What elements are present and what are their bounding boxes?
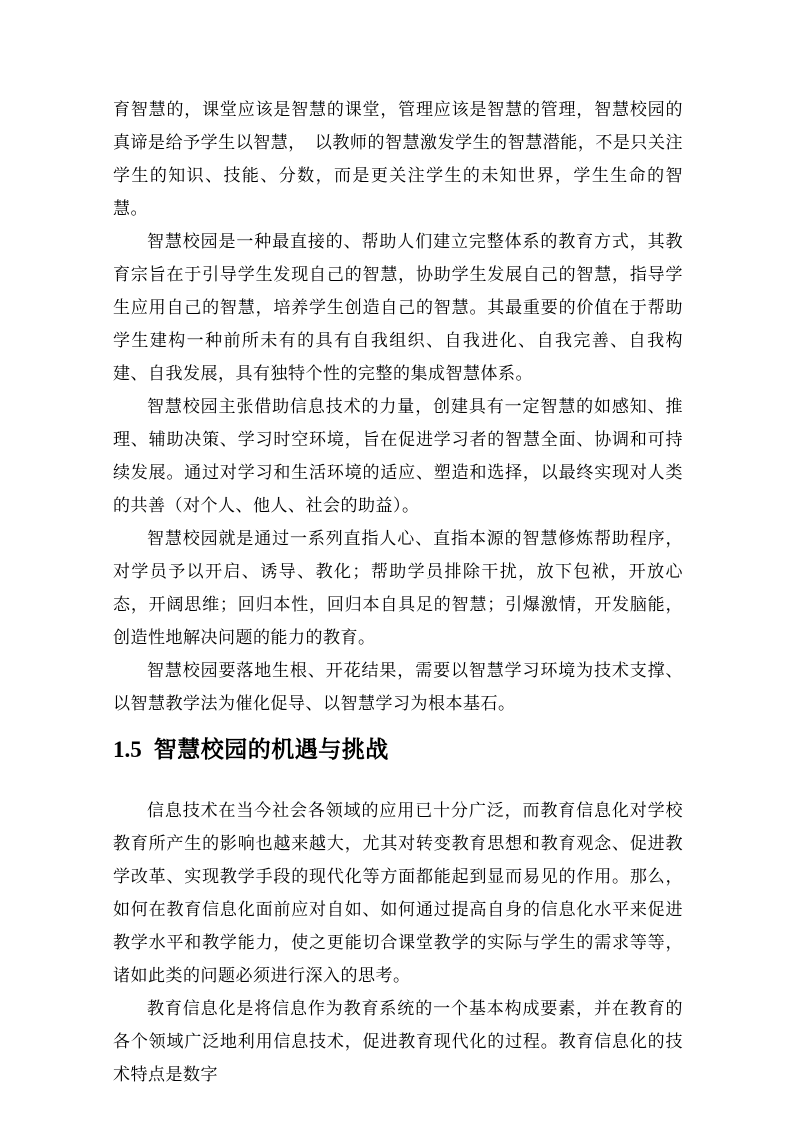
paragraph: 智慧校园主张借助信息技术的力量，创建具有一定智慧的如感知、推理、辅助决策、学习时… <box>113 390 683 522</box>
paragraph: 智慧校园就是通过一系列直指人心、直指本源的智慧修炼帮助程序，对学员予以开启、诱导… <box>113 522 683 654</box>
document-page: 育智慧的，课堂应该是智慧的课堂，管理应该是智慧的管理，智慧校园的真谛是给予学生以… <box>0 0 793 1122</box>
section-heading-number: 1.5 <box>113 737 142 762</box>
paragraph: 智慧校园是一种最直接的、帮助人们建立完整体系的教育方式，其教育宗旨在于引导学生发… <box>113 225 683 390</box>
section-heading: 1.5智慧校园的机遇与挑战 <box>113 730 683 770</box>
paragraph: 教育信息化是将信息作为教育系统的一个基本构成要素，并在教育的各个领域广泛地利用信… <box>113 992 683 1091</box>
paragraph: 信息技术在当今社会各领域的应用已十分广泛，而教育信息化对学校教育所产生的影响也越… <box>113 794 683 992</box>
section-heading-title: 智慧校园的机遇与挑战 <box>154 737 389 762</box>
paragraph-continuation: 育智慧的，课堂应该是智慧的课堂，管理应该是智慧的管理，智慧校园的真谛是给予学生以… <box>113 93 683 225</box>
paragraph: 智慧校园要落地生根、开花结果，需要以智慧学习环境为技术支撑、以智慧教学法为催化促… <box>113 654 683 720</box>
